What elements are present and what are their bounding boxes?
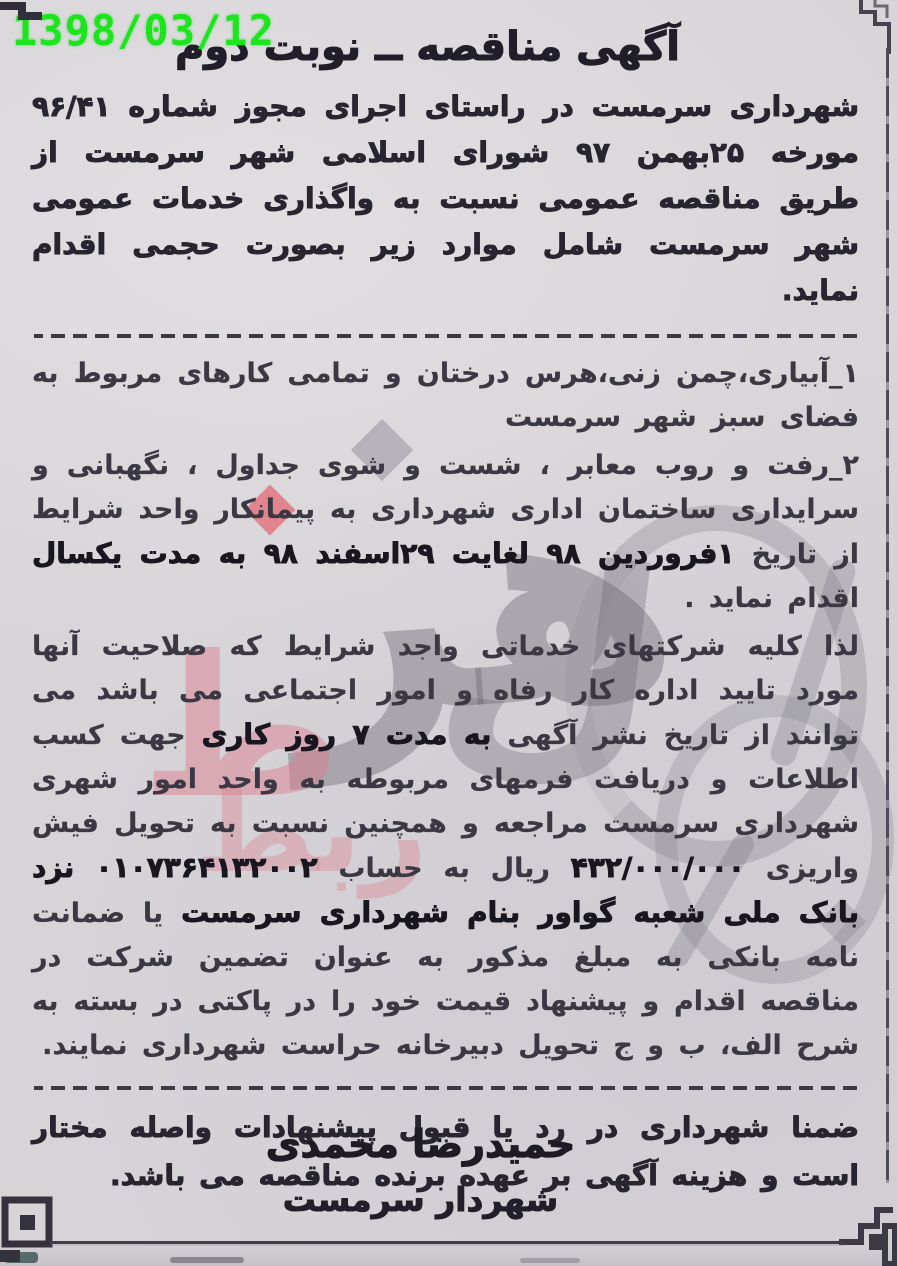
dashed-separator-top	[34, 334, 857, 338]
intro-paragraph: شهرداری سرمست در راستای اجرای مجوز شماره…	[32, 84, 859, 314]
scanned-newspaper-ad: هر ط ربط ل 1398/03/12 آگهی مناقصه ــ نوب…	[0, 0, 897, 1266]
terms-text: ریال به حساب	[318, 853, 571, 884]
camera-timestamp: 1398/03/12	[12, 6, 275, 55]
signature-block: حمیدرضا محمدی شهردار سرمست	[0, 1122, 869, 1219]
print-bleed-mark	[170, 1257, 244, 1263]
bottom-border-line	[50, 1241, 845, 1244]
signatory-role: شهردار سرمست	[0, 1180, 869, 1219]
terms-duration: به مدت ۷ روز کاری	[202, 718, 492, 751]
right-border-line	[886, 48, 889, 1183]
terms-deposit-amount: ۴۳۲/۰۰۰/۰۰۰	[571, 851, 745, 884]
ad-content: 1398/03/12 آگهی مناقصه ــ نوبت دوم شهردا…	[32, 0, 859, 1200]
dashed-separator-bottom	[34, 1086, 857, 1090]
item-1-paragraph: ۱_آبیاری،چمن زنی،هرس درختان و تمامی کاره…	[32, 352, 859, 440]
print-bleed-mark	[520, 1258, 580, 1263]
item-2-contract-dates: ۱فروردین ۹۸ لغایت ۲۹اسفند ۹۸ به مدت یکسا…	[32, 537, 735, 570]
page-edge-artifacts	[0, 1246, 897, 1266]
item-2-text-end: اقدام نماید .	[684, 583, 859, 614]
print-bleed-mark	[4, 1252, 38, 1263]
signatory-name: حمیدرضا محمدی	[0, 1122, 869, 1166]
item-2-paragraph: ۲_رفت و روب معابر ، شست و شوی جداول ، نگ…	[32, 444, 859, 621]
terms-paragraph: لذا کلیه شرکتهای خدماتی واجد شرایط که صل…	[32, 625, 859, 1068]
